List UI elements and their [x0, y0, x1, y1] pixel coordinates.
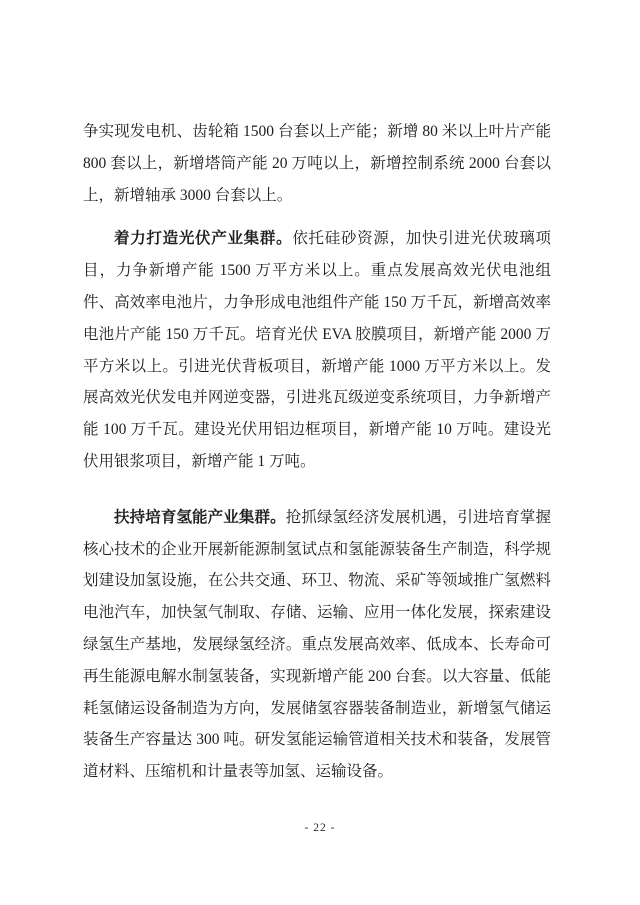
page-number: - 22 -: [0, 822, 640, 834]
paragraph-text: 争实现发电机、齿轮箱 1500 台套以上产能；新增 80 米以上叶片产能 800…: [83, 123, 551, 204]
paragraph-photovoltaic-cluster: 着力打造光伏产业集群。依托硅砂资源，加快引进光伏玻璃项目，力争新增产能 1500…: [83, 223, 551, 477]
document-body: 争实现发电机、齿轮箱 1500 台套以上产能；新增 80 米以上叶片产能 800…: [83, 116, 551, 788]
document-page: 争实现发电机、齿轮箱 1500 台套以上产能；新增 80 米以上叶片产能 800…: [0, 0, 640, 905]
paragraph-text: 依托硅砂资源，加快引进光伏玻璃项目，力争新增产能 1500 万平方米以上。重点发…: [83, 230, 551, 470]
paragraph-text: 抢抓绿氢经济发展机遇，引进培育掌握核心技术的企业开展新能源制氢试点和氢能源装备生…: [83, 509, 551, 780]
bold-lead-hydrogen-cluster: 扶持培育氢能产业集群。: [114, 509, 286, 526]
bold-lead-photovoltaic-cluster: 着力打造光伏产业集群。: [114, 230, 292, 247]
paragraph-hydrogen-cluster: 扶持培育氢能产业集群。抢抓绿氢经济发展机遇，引进培育掌握核心技术的企业开展新能源…: [83, 502, 551, 788]
paragraph-wind-power-continuation: 争实现发电机、齿轮箱 1500 台套以上产能；新增 80 米以上叶片产能 800…: [83, 116, 551, 211]
